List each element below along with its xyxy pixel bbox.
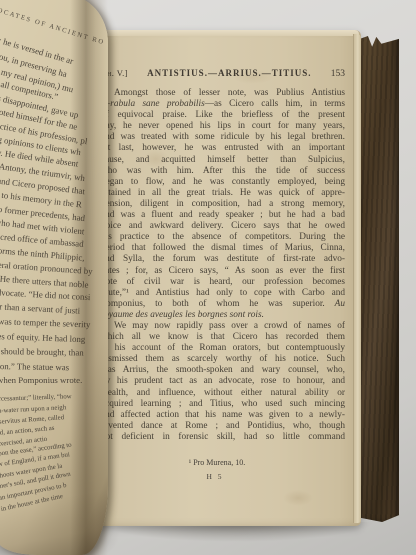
left-page: DVOCATES OF ANCIENT RO; he is versed in … xyxy=(0,0,108,555)
text-line: mute,”¹ and Antistius had only to cope w… xyxy=(101,288,345,299)
left-page-text-fragment: advocate. “He did not consi xyxy=(0,287,91,302)
text-segment: cates ; for, as Cicero says, “ As soon a… xyxy=(101,266,345,276)
book-cover-board xyxy=(357,34,399,522)
footnote: ¹ Pro Murena, 10. xyxy=(83,458,351,467)
text-line: We may now rapidly pass over a crowd of … xyxy=(101,321,345,332)
left-page-text-fragment: in the house at the time xyxy=(0,493,63,513)
text-line: in his account of the Roman orators, but… xyxy=(101,343,345,354)
text-line: period that followed the dismal times of… xyxy=(101,243,345,254)
text-segment: hension, diligent in composition, had a … xyxy=(101,199,345,209)
body-text: Amongst those of lesser note, was Publiu… xyxy=(101,88,345,443)
text-line: his practice to the absence of competito… xyxy=(101,232,345,243)
text-segment: —as Cicero calls him, in terms xyxy=(205,99,345,109)
right-page: Ch. V.] ANTISTIUS.—ARRIUS.—TITIUS. 153 A… xyxy=(83,30,361,526)
page-stain xyxy=(283,490,313,506)
text-segment: Amongst those of lesser note, was Publiu… xyxy=(114,88,345,98)
text-line: —rabula sane probabilis—as Cicero calls … xyxy=(101,99,345,110)
text-segment: which all we know is that Cicero has rec… xyxy=(101,332,345,342)
text-segment: by his prudent tact as an advocate, rose… xyxy=(101,376,345,386)
left-page-text-fragment: an important proviso to b xyxy=(0,482,67,502)
text-segment: and affected action that his name was gi… xyxy=(101,410,345,420)
text-segment: Au xyxy=(335,299,345,309)
text-line: not deficient in forensic skill, had so … xyxy=(101,432,345,443)
text-segment: who was with him. After this the tide of… xyxy=(101,166,345,176)
text-line: At last, however, he was entrusted with … xyxy=(101,143,345,154)
text-segment: note of civil war is heard, our professi… xyxy=(101,277,345,287)
left-page-text-fragment: r was to temper the severity xyxy=(0,316,91,329)
text-segment: wealth, and influence, without either na… xyxy=(101,388,345,398)
text-segment: his practice to the absence of competito… xyxy=(101,232,345,242)
text-segment: and was treated with some ridicule by hi… xyxy=(101,132,345,142)
text-segment: in his account of the Roman orators, but… xyxy=(101,343,345,353)
left-page-text-fragment: wner's soil, and pull it down xyxy=(0,471,71,491)
text-line: of equivocal praise. Like the briefless … xyxy=(101,110,345,121)
text-line: cause, and acquitted himself better than… xyxy=(101,155,345,166)
left-page-text-fragment: tion.” The statue was xyxy=(0,361,69,372)
text-segment: cause, and acquitted himself better than… xyxy=(101,155,345,165)
text-line: wealth, and influence, without either na… xyxy=(101,388,345,399)
left-page-text-fragment: ain-water run upon a neigh xyxy=(0,404,66,415)
text-line: was Arrius, the smooth-spoken and wary c… xyxy=(101,365,345,376)
text-line: and affected action that his name was gi… xyxy=(101,410,345,421)
text-line: began to flow, and he was constantly emp… xyxy=(101,177,345,188)
text-line: cates ; for, as Cicero says, “ As soon a… xyxy=(101,266,345,277)
text-segment: retained in all the great trials. He was… xyxy=(101,188,345,198)
left-page-text-fragment: when Pomponius wrote. xyxy=(0,375,82,385)
left-page-text-fragment: s should be brought, than xyxy=(0,346,84,358)
page-header: Ch. V.] ANTISTIUS.—ARRIUS.—TITIUS. 153 xyxy=(101,68,345,79)
text-line: and was a fluent and ready speaker ; but… xyxy=(101,210,345,221)
text-segment: day, he never opened his lips in court f… xyxy=(101,121,345,131)
text-line: acquired learning ; and Titius, who used… xyxy=(101,399,345,410)
text-segment: mute,”¹ and Antistius had only to cope w… xyxy=(101,288,345,298)
text-segment: was Arrius, the smooth-spoken and wary c… xyxy=(101,365,345,375)
text-line: royaume des aveugles les borgnes sont ro… xyxy=(101,310,345,321)
text-segment: of equivocal praise. Like the briefless … xyxy=(101,110,345,120)
text-line: which all we know is that Cicero has rec… xyxy=(101,332,345,343)
left-page-text-fragment: shoots water upon the la xyxy=(0,463,63,480)
left-page-text-fragment: her than a servant of justi xyxy=(0,301,80,316)
page-fore-edge xyxy=(353,34,361,523)
text-line: hension, diligent in composition, had a … xyxy=(101,199,345,210)
left-page-text-fragment: les of equity. He had long xyxy=(0,331,85,344)
text-segment: acquired learning ; and Titius, who used… xyxy=(101,399,345,409)
text-line: Amongst those of lesser note, was Publiu… xyxy=(101,88,345,99)
text-line: voice and awkward delivery. Cicero says … xyxy=(101,221,345,232)
text-segment: and was a fluent and ready speaker ; but… xyxy=(101,210,345,220)
text-segment: Pomponius, to both of whom he was superi… xyxy=(101,299,335,309)
text-line: Pomponius, to both of whom he was superi… xyxy=(101,299,345,310)
page-top-edge xyxy=(88,30,359,36)
text-segment: period that followed the dismal times of… xyxy=(101,243,345,253)
text-line: note of civil war is heard, our professi… xyxy=(101,277,345,288)
text-segment: dismissed them as scarcely worthy of his… xyxy=(101,354,345,364)
left-page-text-fragment: e arcessantur;” literally, “how xyxy=(0,393,72,403)
text-segment: not deficient in forensic skill, had so … xyxy=(101,432,345,442)
signature-mark: H 5 xyxy=(83,472,347,481)
book-photo: Ch. V.] ANTISTIUS.—ARRIUS.—TITIUS. 153 A… xyxy=(0,0,416,555)
text-segment: voice and awkward delivery. Cicero says … xyxy=(101,221,345,231)
text-segment: At last, however, he was entrusted with … xyxy=(101,143,345,153)
text-segment: rabula sane probabilis xyxy=(110,99,204,109)
text-segment: and Sylla, the forum was destitute of fi… xyxy=(101,254,345,264)
left-page-text-fragment: r servitus at Rome, called xyxy=(0,414,64,426)
text-line: who was with him. After this the tide of… xyxy=(101,166,345,177)
text-segment: royaume des aveugles les borgnes sont ro… xyxy=(101,310,264,320)
text-line: retained in all the great trials. He was… xyxy=(101,188,345,199)
text-line: invented dance at Rome ; and Pontidius, … xyxy=(101,421,345,432)
text-line: by his prudent tact as an advocate, rose… xyxy=(101,376,345,387)
page-number: 153 xyxy=(331,69,345,79)
text-line: dismissed them as scarcely worthy of his… xyxy=(101,354,345,365)
text-segment: We may now rapidly pass over a crowd of … xyxy=(114,321,345,331)
text-line: day, he never opened his lips in court f… xyxy=(101,121,345,132)
text-segment: began to flow, and he was constantly emp… xyxy=(101,177,345,187)
text-line: and Sylla, the forum was destitute of fi… xyxy=(101,254,345,265)
text-line: and was treated with some ridicule by hi… xyxy=(101,132,345,143)
text-segment: invented dance at Rome ; and Pontidius, … xyxy=(101,421,345,431)
running-title: ANTISTIUS.—ARRIUS.—TITIUS. xyxy=(147,68,311,78)
